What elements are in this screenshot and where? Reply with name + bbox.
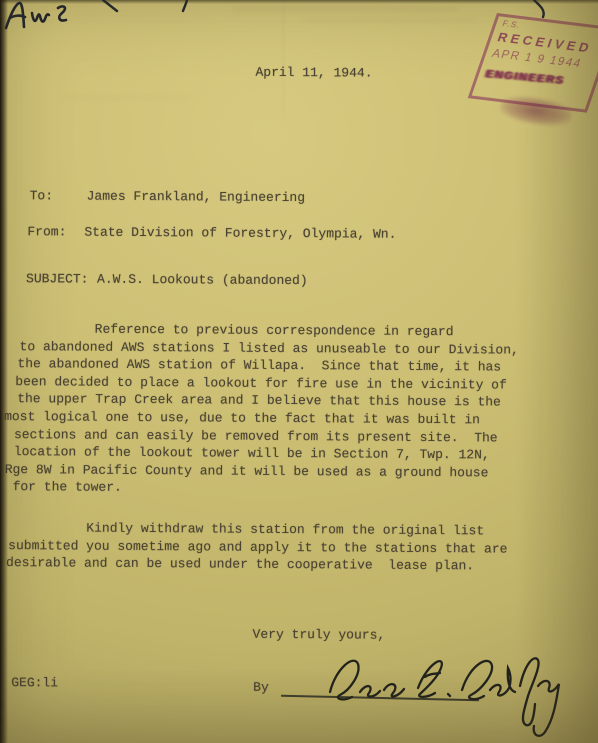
to-label: To: — [30, 188, 87, 203]
letter-body-layer: April 11, 1944. To: James Frankland, Eng… — [0, 0, 598, 743]
subject-label: SUBJECT: — [26, 271, 97, 286]
from-label: From: — [27, 224, 84, 239]
paragraph-2: Kindly withdraw this station from the or… — [0, 519, 508, 575]
closing-line: Very truly yours, — [253, 626, 386, 645]
to-row: To: James Frankland, Engineering — [30, 188, 306, 205]
paragraph-1: Reference to previous correspondence in … — [0, 320, 519, 500]
from-row: From: State Division of Forestry, Olympi… — [27, 224, 396, 242]
from-value: State Division of Forestry, Olympia, Wn. — [84, 225, 396, 242]
date-line: April 11, 1944. — [255, 64, 372, 82]
subject-value: A.W.S. Lookouts (abandoned) — [97, 272, 308, 288]
to-value: James Frankland, Engineering — [87, 189, 306, 206]
typist-initials: GEG:li — [11, 674, 58, 692]
body-line: for the tower. — [13, 478, 518, 499]
body-line: desirable and can be used under the coop… — [6, 554, 507, 575]
by-label: By — [253, 679, 269, 697]
subject-row: SUBJECT: A.W.S. Lookouts (abandoned) — [26, 271, 308, 288]
